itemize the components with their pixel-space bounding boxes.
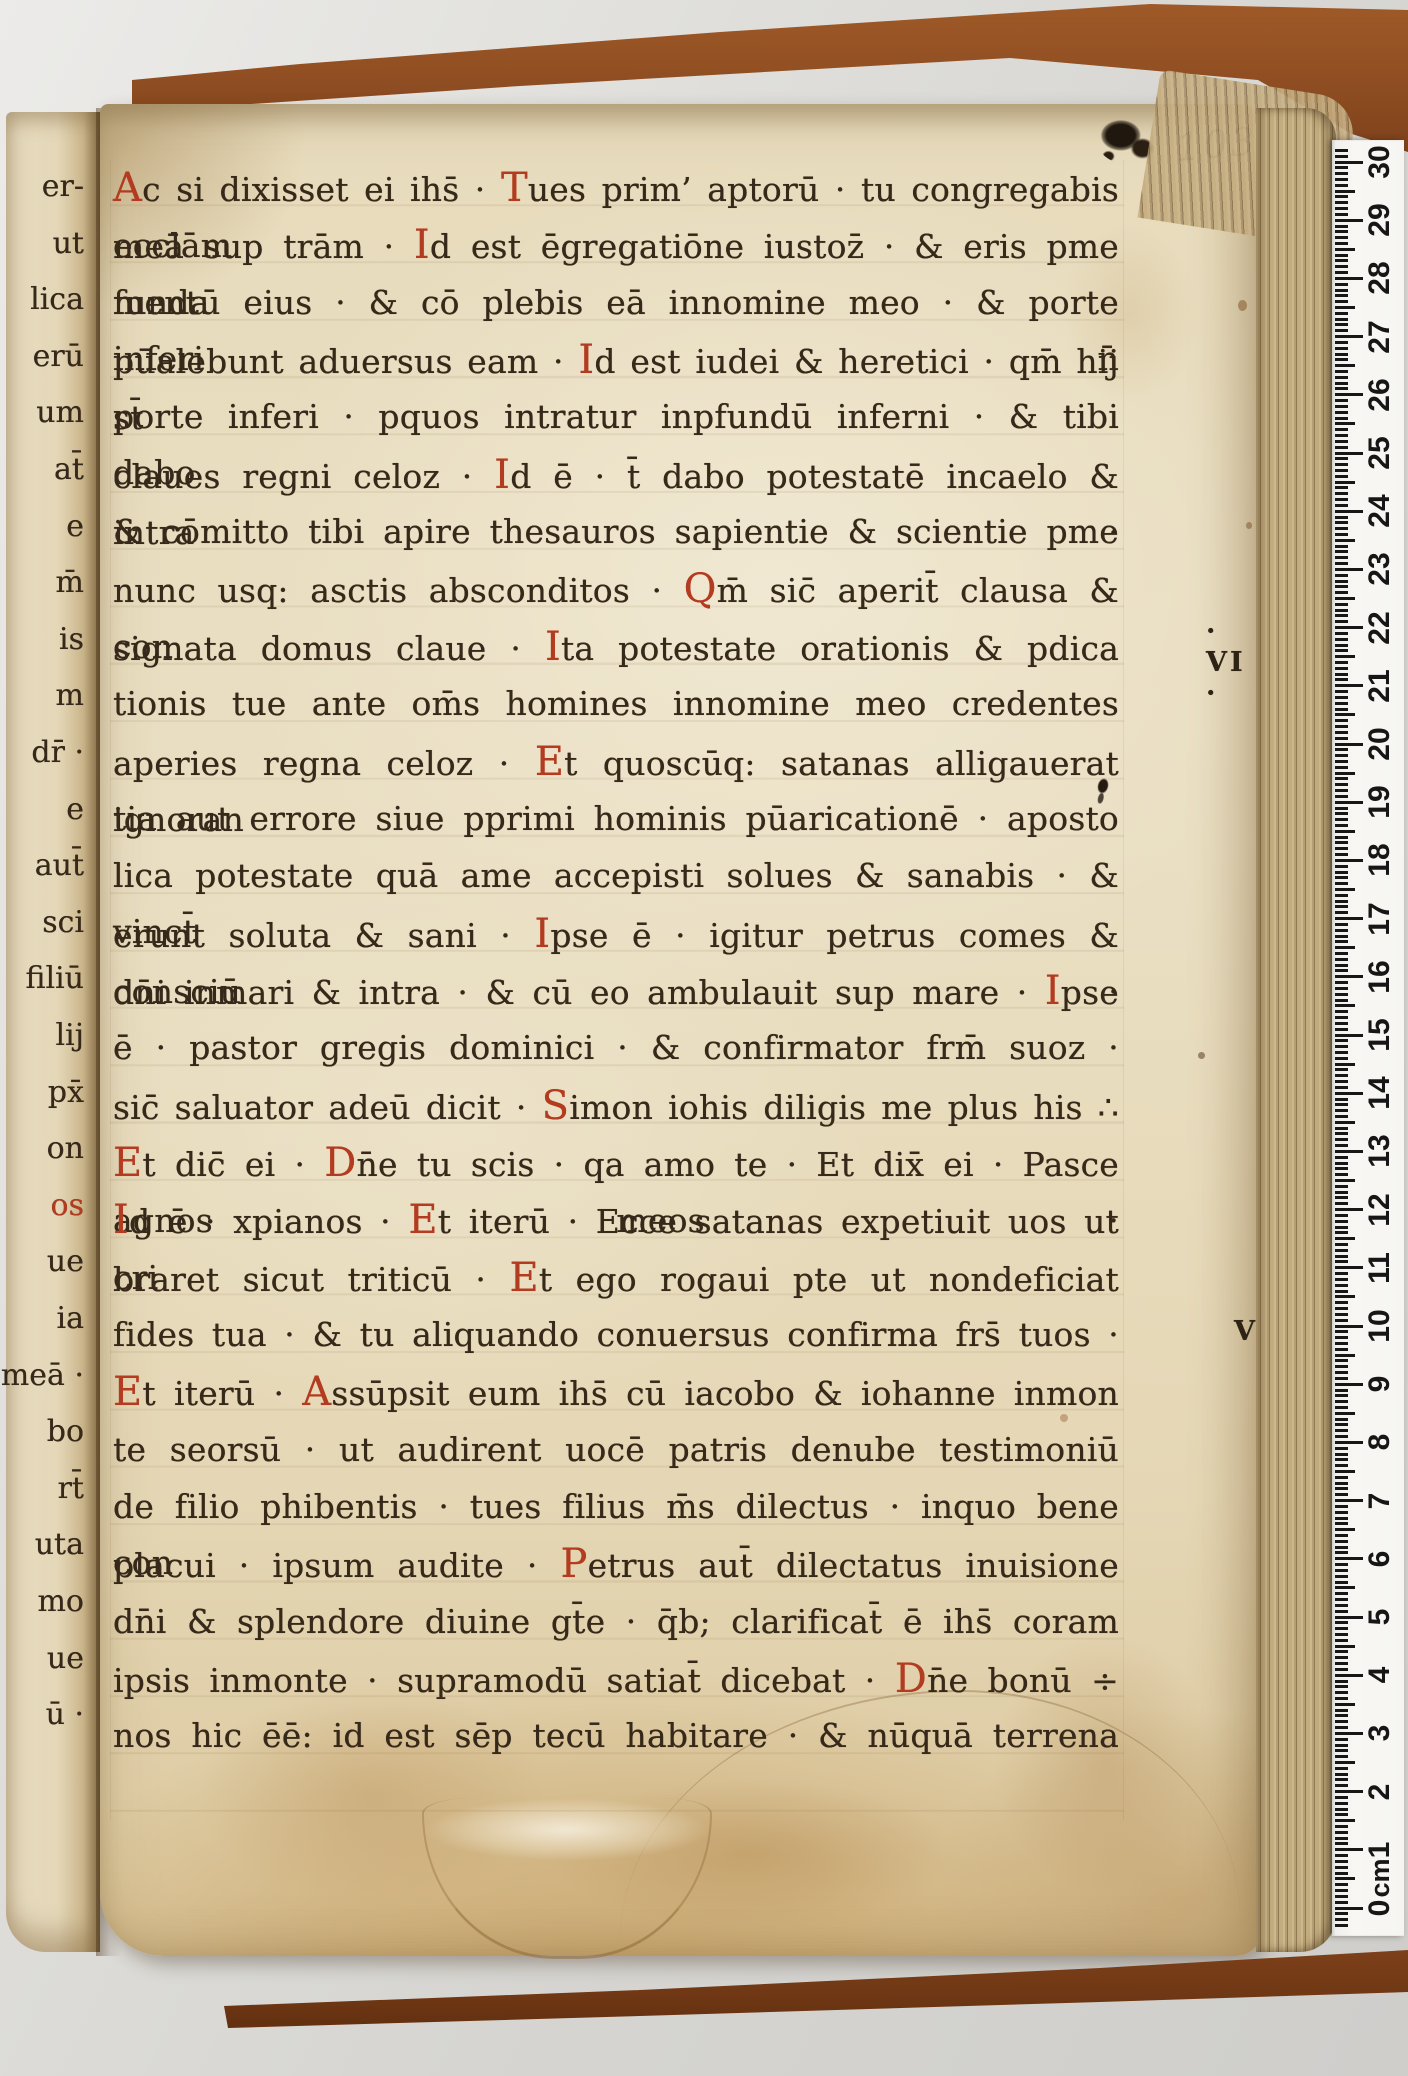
ruler-tick: [1335, 1633, 1348, 1636]
ruler-unit-label: cm: [1360, 1856, 1400, 1900]
ruler-tick: [1335, 1226, 1348, 1229]
text-block: Ac si dixisset ei ihs̄ · Tues prim’ apto…: [110, 160, 1124, 1820]
ruler-tick: [1335, 708, 1348, 711]
ruler-tick: [1335, 1348, 1348, 1351]
ruler-tick: [1335, 1680, 1348, 1683]
ruler-tick: [1335, 1185, 1348, 1188]
ruler-tick: [1335, 1837, 1348, 1840]
ruler-tick: [1335, 1255, 1348, 1258]
facing-line-fragment: m̄: [56, 566, 84, 600]
rubricated-initial: E: [113, 1369, 142, 1415]
ruler-tick: [1335, 1825, 1348, 1828]
ruler-tick: [1335, 545, 1348, 548]
rubricated-initial: Q: [684, 566, 717, 612]
ruler-tick: [1335, 1098, 1348, 1101]
ruler-tick: [1335, 1162, 1348, 1165]
manuscript-line: ipsis inmonte · supramodū satiat̄ diceba…: [113, 1651, 1119, 1708]
ruler-tick: [1335, 644, 1348, 647]
ruler-tick: [1335, 597, 1355, 600]
line-text: erunt soluta & sani ·: [113, 916, 534, 955]
facing-line-fragment: at̄: [54, 453, 84, 487]
manuscript-line: de filio phibentis · tues filius m̄s dil…: [113, 1479, 1119, 1536]
ruler-tick: [1335, 178, 1348, 181]
facing-line-fragment: px̄: [48, 1076, 84, 1110]
ruler-number: 14: [1358, 1071, 1402, 1115]
ruler-tick: [1335, 399, 1348, 402]
ruler-tick: [1335, 952, 1348, 955]
ruler-tick: [1335, 632, 1348, 635]
facing-line-fragment: lij: [56, 1019, 85, 1053]
facing-line-fragment: um: [36, 396, 84, 430]
ruler-tick: [1335, 1522, 1348, 1525]
ruler-tick: [1335, 1121, 1355, 1124]
line-text: dn̄i inmari & intra · & cū eo ambulauit …: [113, 973, 1045, 1012]
facing-line-fragment: ue: [47, 1245, 84, 1279]
ruler-tick: [1335, 283, 1348, 286]
ruler-tick: [1335, 1854, 1348, 1857]
ruler-tick: [1335, 516, 1348, 519]
line-text: nos hic ēē: id est sēp tecū habitare · &…: [113, 1716, 1119, 1755]
rubricated-initial: I: [545, 624, 561, 670]
ruler-tick: [1335, 1290, 1348, 1293]
manuscript-line: Et iterū · Assūpsit eum ihs̄ cū iacobo &…: [113, 1364, 1119, 1421]
ruler-tick: [1335, 969, 1348, 972]
ruler-number: 29: [1358, 198, 1402, 242]
ruler-tick: [1335, 1074, 1348, 1077]
ruler-tick: [1335, 387, 1348, 390]
ruler-tick: [1335, 521, 1348, 524]
manuscript-line: Et dic̄ ei · Dn̄e tu scis · qa amo te · …: [113, 1135, 1119, 1192]
ruler-tick: [1335, 1301, 1348, 1304]
ruler-tick: [1335, 1057, 1348, 1060]
ruler-tick: [1335, 1912, 1348, 1915]
ruler-tick: [1335, 690, 1348, 693]
ruler-tick: [1335, 1581, 1348, 1584]
ruler-tick: [1335, 818, 1348, 821]
manuscript-line: fides tua · & tu aliquando conuersus con…: [113, 1307, 1119, 1364]
ruler-tick: [1335, 1202, 1348, 1205]
ruler-tick: [1335, 1394, 1348, 1397]
ruler-tick: [1335, 1656, 1348, 1659]
ruler-tick: [1335, 1476, 1348, 1479]
ruler-tick: [1335, 993, 1348, 996]
ruler-tick: [1335, 259, 1348, 262]
ruler-tick: [1335, 230, 1348, 233]
ruler-tick: [1335, 865, 1348, 868]
ruler-tick: [1335, 1586, 1355, 1589]
ruler-tick: [1335, 1086, 1348, 1089]
ruler-number: 8: [1358, 1420, 1402, 1464]
ruler-tick: [1335, 999, 1348, 1002]
ruler-tick: [1335, 1487, 1348, 1490]
ruler-tick: [1335, 364, 1355, 367]
ruler-tick: [1335, 294, 1348, 297]
facing-page-strip: er-utlicaerūumat̄em̄ismdr̄ ·eaut̄scifili…: [6, 112, 100, 1952]
ruler-tick: [1335, 341, 1348, 344]
ruler-tick: [1335, 1464, 1348, 1467]
ruler-number: 27: [1358, 315, 1402, 359]
ruler-tick: [1335, 609, 1348, 612]
ruler-tick: [1335, 1773, 1348, 1776]
facing-line-fragment: ut: [53, 227, 84, 261]
ruler-tick: [1335, 1720, 1348, 1723]
ruler-tick: [1335, 318, 1348, 321]
rubricated-initial: P: [560, 1541, 587, 1587]
ruler-tick: [1335, 1429, 1348, 1432]
ruler-tick: [1335, 329, 1348, 332]
ruler-tick: [1335, 1412, 1355, 1415]
ruler-tick: [1335, 1418, 1348, 1421]
line-text: ipsis inmonte · supramodū satiat̄ diceba…: [113, 1661, 895, 1700]
rubricated-initial: E: [535, 739, 564, 785]
ruler-tick: [1335, 463, 1348, 466]
ruler-tick: [1335, 1330, 1348, 1333]
ruler-tick: [1335, 440, 1348, 443]
ruler-number: 18: [1358, 838, 1402, 882]
ruler-tick: [1335, 556, 1348, 559]
facing-line-fragment: aut̄: [35, 849, 84, 883]
ruler-tick: [1335, 935, 1348, 938]
ruler-tick: [1335, 1831, 1348, 1834]
ruler-number: 25: [1358, 431, 1402, 475]
ruler-tick: [1335, 201, 1348, 204]
ruler-tick: [1335, 830, 1355, 833]
facing-line-fragment: er-: [42, 170, 84, 204]
ruler-tick: [1335, 1534, 1348, 1537]
line-text: t iterū ·: [142, 1374, 302, 1413]
ruler-tick: [1335, 1156, 1348, 1159]
ruler-tick: [1335, 655, 1355, 658]
ruler-tick: [1335, 382, 1348, 385]
page-stack-fore-edge: [1256, 108, 1336, 1952]
rubricated-initial: D: [895, 1656, 927, 1702]
ruler-number: 15: [1358, 1013, 1402, 1057]
ruler-tick: [1335, 347, 1348, 350]
ruler-tick: [1335, 434, 1348, 437]
ruler-tick: [1335, 812, 1348, 815]
ruler-tick: [1335, 847, 1348, 850]
ruler-tick: [1335, 562, 1348, 565]
ruler-tick: [1335, 1685, 1348, 1688]
ruler-tick: [1335, 882, 1348, 885]
ruler-tick: [1335, 638, 1348, 641]
manuscript-line: nos hic ēē: id est sēp tecū habitare · &…: [113, 1708, 1119, 1765]
ruler-tick: [1335, 964, 1348, 967]
ruler-tick: [1335, 841, 1348, 844]
ruler-tick: [1335, 667, 1348, 670]
ruler-number: 22: [1358, 606, 1402, 650]
ruler-tick: [1335, 504, 1348, 507]
ruler-tick: [1335, 1813, 1348, 1816]
ruler-tick: [1335, 1045, 1348, 1048]
ruler-tick: [1335, 1063, 1355, 1066]
ruler-tick: [1335, 207, 1348, 210]
facing-line-fragment: filiū: [25, 962, 84, 996]
ruler-number: 26: [1358, 373, 1402, 417]
ruler-tick: [1335, 1645, 1355, 1648]
ruler-tick: [1335, 1592, 1348, 1595]
ruler-tick: [1335, 300, 1348, 303]
ruler-tick: [1335, 1249, 1348, 1252]
ruler-tick: [1335, 1482, 1348, 1485]
ruler-tick: [1335, 876, 1348, 879]
ruler-number: 13: [1358, 1129, 1402, 1173]
ruler-tick: [1335, 1517, 1348, 1520]
ruler-number: 5: [1358, 1595, 1402, 1639]
ruler-tick: [1335, 498, 1348, 501]
ruler-tick: [1335, 1842, 1348, 1845]
ruler-tick: [1335, 1453, 1348, 1456]
manuscript-page: Ac si dixisset ei ihs̄ · Tues prim’ apto…: [100, 104, 1262, 1956]
ruler-tick: [1335, 1342, 1348, 1345]
manuscript-line: mentū eius · & cō plebis eā innomine meo…: [113, 275, 1119, 332]
ruler-tick: [1335, 1103, 1348, 1106]
ruler-tick: [1335, 987, 1348, 990]
ruler-tick: [1335, 789, 1348, 792]
ruler-number: 12: [1358, 1188, 1402, 1232]
ruler-tick: [1335, 1284, 1348, 1287]
foxing-spot: [1238, 300, 1247, 311]
ruler-tick: [1335, 958, 1348, 961]
ruler-number: 4: [1358, 1653, 1402, 1697]
ruler-tick: [1335, 760, 1348, 763]
ruler-tick: [1335, 719, 1348, 722]
rubricated-initial: I: [578, 337, 594, 383]
line-text: & cōmitto tibi apire thesauros sapientie…: [113, 512, 1119, 551]
ruler-tick: [1335, 254, 1348, 257]
ruler-tick: [1335, 1371, 1348, 1374]
ruler-tick: [1335, 1650, 1348, 1653]
manuscript-line: meā sup trām · Id est ēgregatiōne iustoz…: [113, 217, 1119, 274]
ruler-tick: [1335, 1319, 1348, 1322]
manuscript-line: tionis tue ante om̄s homines innomine me…: [113, 676, 1119, 733]
ruler-tick: [1335, 1901, 1348, 1904]
manuscript-line: Id ē · xpianos · Et iterū · Ecce satanas…: [113, 1192, 1119, 1249]
ruler-tick: [1335, 1662, 1348, 1665]
ruler-tick: [1335, 1028, 1348, 1031]
ruler-tick: [1335, 289, 1348, 292]
ruler-tick: [1335, 923, 1348, 926]
ruler-tick: [1335, 184, 1348, 187]
ruler-tick: [1335, 1540, 1348, 1543]
line-text: ssūpsit eum ihs̄ cū iacobo & iohanne inm…: [331, 1374, 1119, 1413]
ruler-tick: [1335, 911, 1348, 914]
ruler-tick: [1335, 1359, 1348, 1362]
ruler-tick: [1335, 422, 1355, 425]
ruler-tick: [1335, 242, 1348, 245]
ruler-tick: [1335, 702, 1348, 705]
ruler-tick: [1335, 358, 1348, 361]
ruler-tick: [1335, 603, 1348, 606]
ruler-tick: [1335, 155, 1348, 158]
ruler-tick: [1335, 1866, 1348, 1869]
ruler-tick: [1335, 306, 1355, 309]
ruler-tick: [1335, 1260, 1348, 1263]
ruler-tick: [1335, 1627, 1348, 1630]
ruler-tick: [1335, 836, 1348, 839]
ruler-tick: [1335, 353, 1348, 356]
ruler-tick: [1335, 905, 1348, 908]
ruler-tick: [1335, 894, 1348, 897]
ruler-tick: [1335, 1918, 1348, 1921]
ruler-tick: [1335, 1767, 1348, 1770]
ruler-tick: [1335, 807, 1348, 810]
ruler-tick: [1335, 853, 1348, 856]
ruler-tick: [1335, 376, 1348, 379]
ruler-tick: [1335, 1796, 1348, 1799]
manuscript-line: porte inferi · pquos intratur inpfundū i…: [113, 389, 1119, 446]
ruler-tick: [1335, 649, 1348, 652]
ruler-tick: [1335, 1272, 1348, 1275]
ruler-tick: [1335, 585, 1348, 588]
ruler-number: 19: [1358, 780, 1402, 824]
ruler-tick: [1335, 428, 1348, 431]
ruler-tick: [1335, 1493, 1348, 1496]
ruler-tick: [1335, 1604, 1348, 1607]
ruler-tick: [1335, 737, 1348, 740]
facing-line-fragment: erū: [33, 340, 84, 374]
ruler-tick: [1335, 248, 1355, 251]
ruler-tick: [1335, 225, 1348, 228]
ruler-tick: [1335, 1016, 1348, 1019]
ruler-tick: [1335, 1691, 1348, 1694]
ruler-tick: [1335, 929, 1348, 932]
ruler-tick: [1335, 946, 1355, 949]
line-text: aperies regna celoz ·: [113, 744, 535, 783]
line-text: t dic̄ ei ·: [142, 1145, 324, 1184]
manuscript-line: signata domus claue · Ita potestate orat…: [113, 619, 1119, 676]
ruler-tick: [1335, 1697, 1348, 1700]
ruler-tick: [1335, 1220, 1348, 1223]
ruler-tick: [1335, 550, 1348, 553]
ruler-tick: [1335, 754, 1348, 757]
facing-line-fragment: os: [51, 1189, 84, 1223]
rubricated-initial: E: [113, 1140, 142, 1186]
line-text: ē · pastor gregis dominici · & confirmat…: [113, 1028, 1119, 1067]
line-text: imon iohis diligis me plus his ∴: [569, 1088, 1119, 1127]
ruler-tick: [1335, 1051, 1348, 1054]
ruler-number: 3: [1358, 1711, 1402, 1755]
ruler-number: 10: [1358, 1304, 1402, 1348]
ruler-number: 11: [1358, 1246, 1402, 1290]
ruler-tick: [1335, 1703, 1355, 1706]
ruler-tick: [1335, 777, 1348, 780]
ruler-tick: [1335, 1400, 1348, 1403]
ruler-tick: [1335, 1196, 1348, 1199]
ruler-tick: [1335, 725, 1348, 728]
ruler-tick: [1335, 1639, 1348, 1642]
line-text: sic̄ saluator adeū dicit ·: [113, 1088, 542, 1127]
manuscript-line: nunc usq: asctis absconditos · Qm̄ sic̄ …: [113, 561, 1119, 618]
ruler-tick: [1335, 888, 1355, 891]
ruler-tick: [1335, 411, 1348, 414]
rubricated-initial: T: [501, 165, 528, 211]
manuscript-line: ē · pastor gregis dominici · & confirmat…: [113, 1020, 1119, 1077]
ruler-tick: [1335, 446, 1348, 449]
manuscript-line: dn̄i inmari & intra · & cū eo ambulauit …: [113, 963, 1119, 1020]
line-text: pse: [1061, 973, 1119, 1012]
rubricated-initial: I: [534, 911, 550, 957]
margin-note-vi: · VI ·: [1206, 616, 1262, 709]
manuscript-line: claues regni celoz · Id ē · t̄ dabo pote…: [113, 447, 1119, 504]
ruler-tick: [1335, 527, 1348, 530]
ruler-tick: [1335, 1726, 1348, 1729]
line-text: nunc usq: asctis absconditos ·: [113, 571, 684, 610]
manuscript-line: placui · ipsum audite · Petrus aut̄ dile…: [113, 1536, 1119, 1593]
ruler-tick: [1335, 1749, 1348, 1752]
ruler-tick: [1335, 1022, 1348, 1025]
ruler-tick: [1335, 1080, 1348, 1083]
foxing-spot: [1198, 1052, 1205, 1059]
ruler-tick: [1335, 1714, 1348, 1717]
facing-line-fragment: mo: [37, 1585, 84, 1619]
ruler-number: 6: [1358, 1537, 1402, 1581]
ruler-tick: [1335, 1744, 1348, 1747]
ruler-tick: [1335, 195, 1348, 198]
manuscript-line: braret sicut triticū · Et ego rogaui pte…: [113, 1250, 1119, 1307]
facing-line-fragment: dr̄ ·: [31, 736, 84, 770]
ruler-tick: [1335, 713, 1355, 716]
ruler-tick: [1335, 1167, 1348, 1170]
ruler-tick: [1335, 1447, 1348, 1450]
ruler-tick: [1335, 981, 1348, 984]
facing-line-fragment: bo: [47, 1415, 84, 1449]
ruler-tick: [1335, 1610, 1348, 1613]
line-text: pūalebunt aduersus eam ·: [113, 342, 578, 381]
ruler-tick: [1335, 1179, 1355, 1182]
ruler-tick: [1335, 486, 1348, 489]
ruler-tick: [1335, 614, 1348, 617]
ruler-tick: [1335, 1243, 1348, 1246]
ruler-tick: [1335, 1109, 1348, 1112]
ruler-tick: [1335, 1214, 1348, 1217]
ruler-tick: [1335, 1551, 1348, 1554]
line-text: signata domus claue ·: [113, 629, 545, 668]
ruler-tick: [1335, 166, 1348, 169]
ruler-number: 24: [1358, 489, 1402, 533]
ruler-tick: [1335, 1761, 1355, 1764]
ruler-tick: [1335, 580, 1348, 583]
ruler-tick: [1335, 1377, 1348, 1380]
ruler-tick: [1335, 1336, 1348, 1339]
manuscript-line: lica potestate quā ame accepisti solues …: [113, 848, 1119, 905]
facing-line-fragment: meā ·: [1, 1359, 84, 1393]
rubricated-initial: I: [494, 452, 510, 498]
ruler-tick: [1335, 1755, 1348, 1758]
ruler-tick: [1335, 1546, 1348, 1549]
facing-line-fragment: ue: [47, 1642, 84, 1676]
facing-line-fragment: ū ·: [46, 1698, 84, 1732]
ruler-tick: [1335, 1138, 1348, 1141]
ruler-tick: [1335, 1458, 1348, 1461]
ruler-tick: [1335, 1365, 1348, 1368]
line-text: etrus aut̄ dilectatus inuisione: [588, 1546, 1119, 1585]
ruler-tick: [1335, 1895, 1348, 1898]
ruler-number: 16: [1358, 955, 1402, 999]
ruler-tick: [1335, 1575, 1348, 1578]
manuscript-line: tia aut errore siue pprimi hominis pūari…: [113, 791, 1119, 848]
ruler-tick: [1335, 370, 1348, 373]
facing-line-fragment: uta: [35, 1528, 84, 1562]
ruler-tick: [1335, 265, 1348, 268]
ruler-tick: [1335, 1295, 1355, 1298]
ruler-tick: [1335, 1784, 1348, 1787]
ruler-tick: [1335, 1237, 1355, 1240]
ruler-number: 20: [1358, 722, 1402, 766]
ruler-tick: [1335, 1470, 1355, 1473]
rubricated-initial: A: [302, 1369, 331, 1415]
foxing-spot: [1060, 1414, 1068, 1422]
